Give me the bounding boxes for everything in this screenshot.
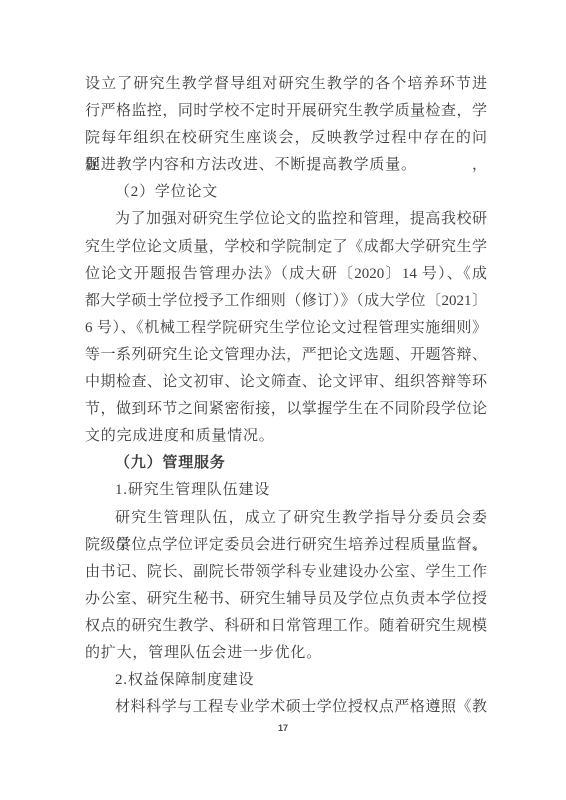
text-line: （2）学位论文 [85, 179, 487, 206]
text-line: 6 号）、《机械工程学院研究生学位论文过程管理实施细则》 [85, 315, 487, 342]
paragraph-rights-protection: 材料科学与工程专业学术硕士学位授权点严格遵照《教 [85, 694, 487, 721]
heading-rights-protection: 2.权益保障制度建设 [85, 667, 487, 694]
text-line: 院级学位点学位评定委员会进行研究生培养过程质量监督。 [85, 532, 487, 559]
text-line: 设立了研究生教学督导组对研究生教学的各个培养环节进 [85, 71, 487, 98]
heading-degree-thesis: （2）学位论文 [85, 179, 487, 206]
text-line: 2.权益保障制度建设 [85, 667, 487, 694]
text-line: 等一系列研究生论文管理办法，严把论文选题、开题答辩、 [85, 342, 487, 369]
heading-management-team: 1.研究生管理队伍建设 [85, 477, 487, 504]
text-line: 中期检查、论文初审、论文筛查、论文评审、组织答辩等环 [85, 369, 487, 396]
paragraph-teaching-supervision: 设立了研究生教学督导组对研究生教学的各个培养环节进行严格监控，同时学校不定时开展… [85, 71, 487, 179]
text-line: 材料科学与工程专业学术硕士学位授权点严格遵照《教 [85, 694, 487, 721]
text-line: 办公室、研究生秘书、研究生辅导员及学位点负责本学位授 [85, 586, 487, 613]
document-page: 设立了研究生教学督导组对研究生教学的各个培养环节进行严格监控，同时学校不定时开展… [0, 0, 566, 800]
text-content: 设立了研究生教学督导组对研究生教学的各个培养环节进行严格监控，同时学校不定时开展… [85, 71, 487, 721]
text-line: 位论文开题报告管理办法》（成大研〔2020〕14 号）、《成 [85, 261, 487, 288]
page-number: 17 [0, 722, 566, 734]
text-line: 文的完成进度和质量情况。 [85, 423, 487, 450]
paragraph-thesis-management: 为了加强对研究生学位论文的监控和管理，提高我校研究生学位论文质量，学校和学院制定… [85, 206, 487, 450]
text-line: 院每年组织在校研究生座谈会，反映教学过程中存在的问题， [85, 125, 487, 152]
text-line: 为了加强对研究生学位论文的监控和管理，提高我校研 [85, 206, 487, 233]
text-line: 都大学硕士学位授予工作细则（修订）》（成大学位〔2021〕 [85, 288, 487, 315]
text-line: 究生学位论文质量，学校和学院制定了《成都大学研究生学 [85, 234, 487, 261]
text-line: 节，做到环节之间紧密衔接，以掌握学生在不同阶段学位论 [85, 396, 487, 423]
text-line: 权点的研究生教学、科研和日常管理工作。随着研究生规模 [85, 613, 487, 640]
paragraph-management-team: 研究生管理队伍，成立了研究生教学指导分委员会委员、院级学位点学位评定委员会进行研… [85, 505, 487, 668]
heading-management-service: （九）管理服务 [85, 450, 487, 477]
text-line: 研究生管理队伍，成立了研究生教学指导分委员会委员、 [85, 505, 487, 532]
text-line: （九）管理服务 [85, 450, 487, 477]
text-line: 行严格监控，同时学校不定时开展研究生教学质量检查，学 [85, 98, 487, 125]
text-line: 1.研究生管理队伍建设 [85, 477, 487, 504]
text-line: 的扩大，管理队伍会进一步优化。 [85, 640, 487, 667]
text-line: 由书记、院长、副院长带领学科专业建设办公室、学生工作 [85, 559, 487, 586]
